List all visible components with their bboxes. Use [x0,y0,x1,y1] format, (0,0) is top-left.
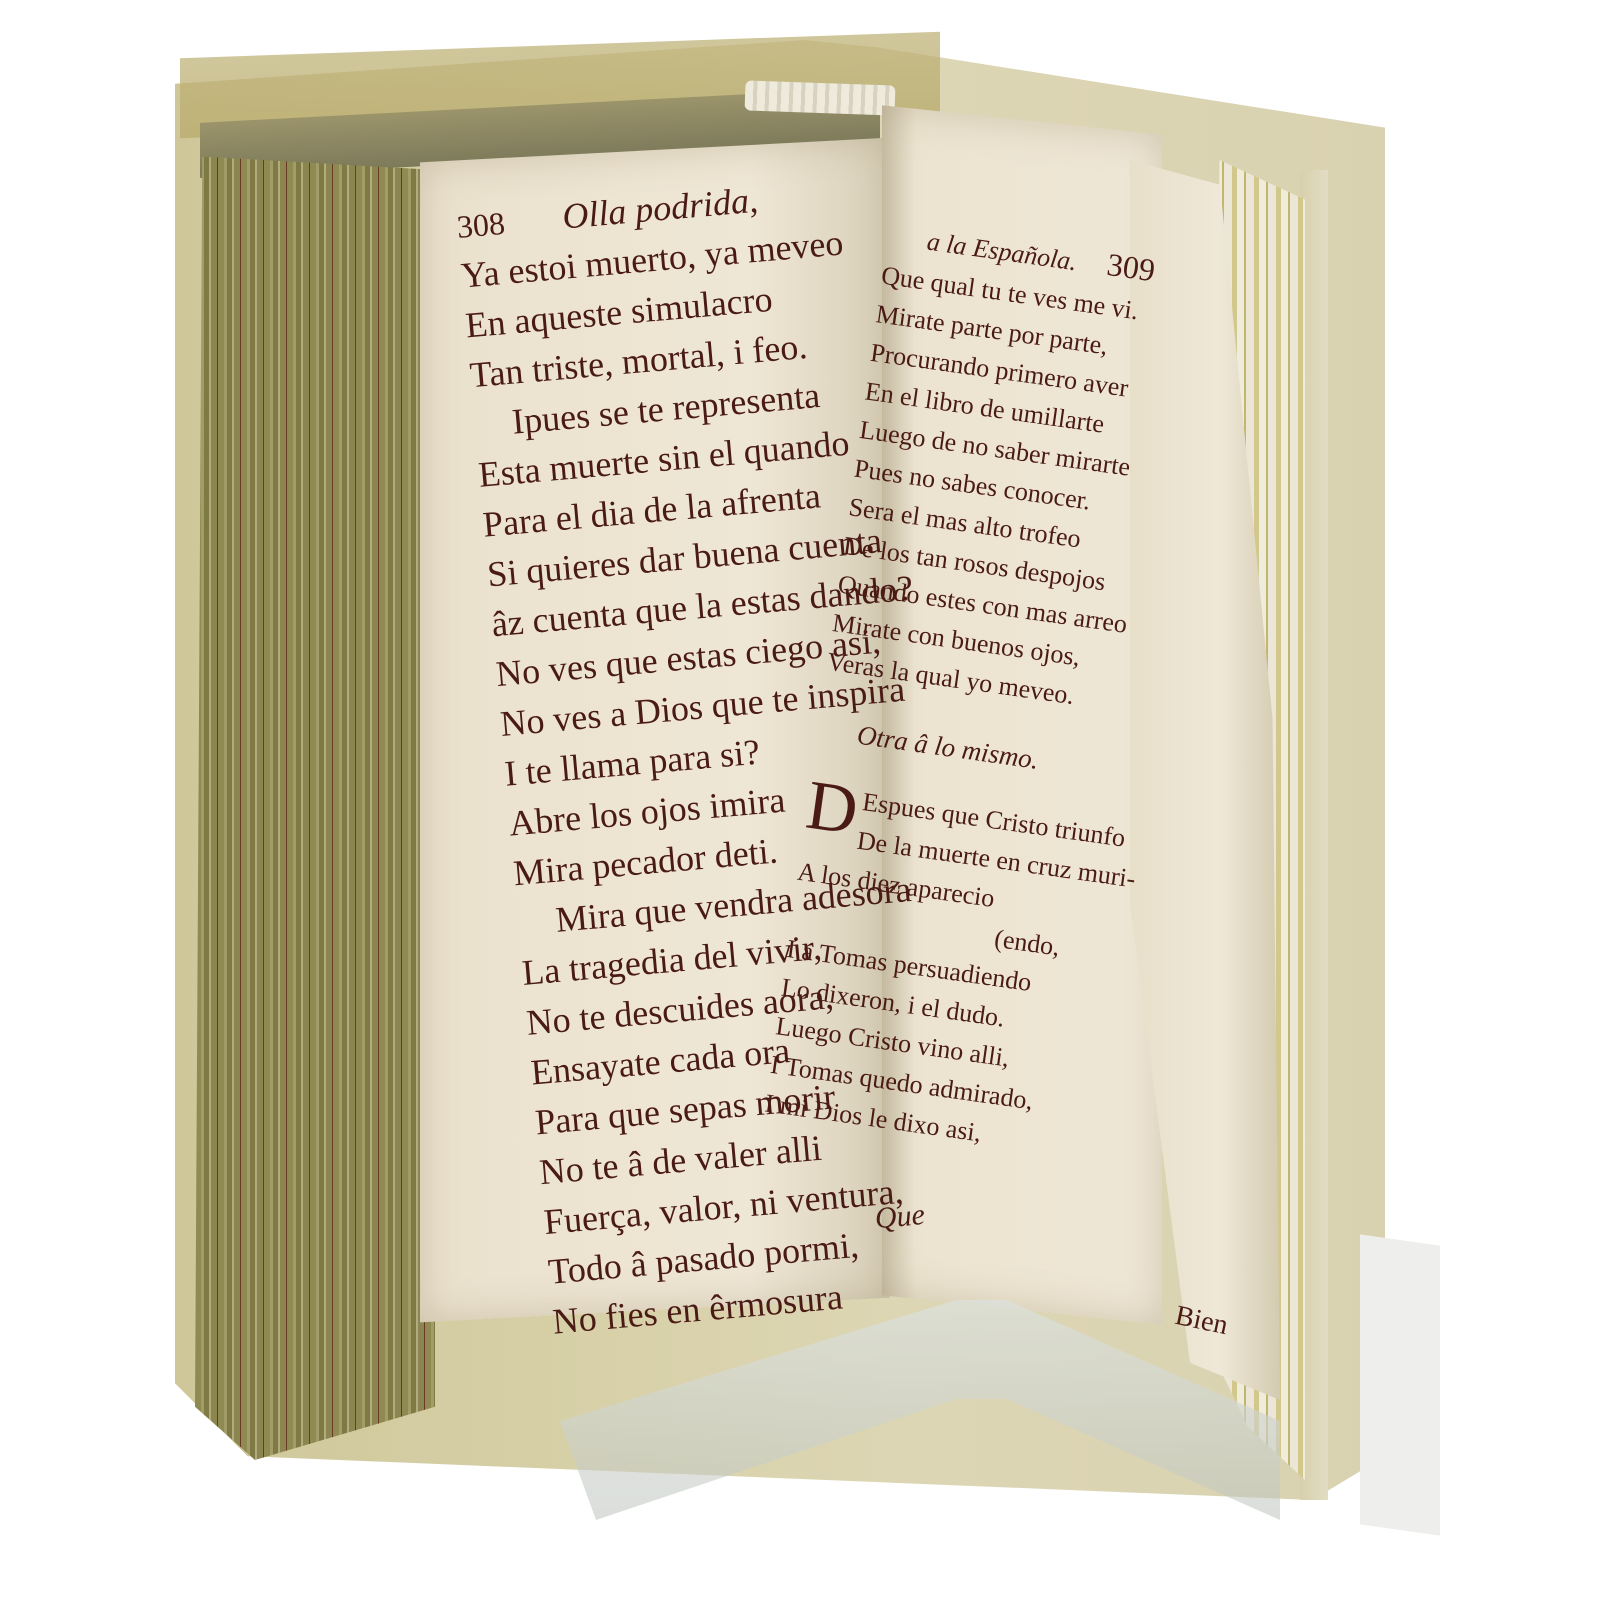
headband [745,80,896,115]
scale-ruler [1360,1234,1440,1535]
catchword: Que [874,1198,927,1236]
page-number: 309 [1105,246,1158,289]
fore-edge-page-block [195,130,435,1460]
page-number: 308 [455,205,506,246]
drop-cap: D [803,775,862,843]
